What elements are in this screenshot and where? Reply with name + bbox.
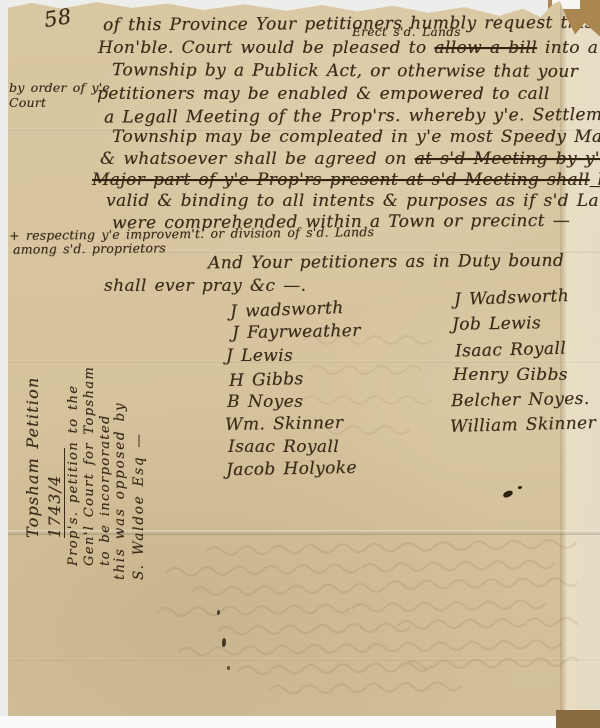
ink-blot [502,490,513,499]
manuscript-page: 58 by order of y'e Court of this Provinc… [8,0,600,718]
struck-text: at s'd Meeting by y'e [415,149,600,169]
signature: Isaac Royall [228,437,339,457]
scan-edge-white-bottom [0,716,600,728]
page-number: 58 [42,4,73,32]
petition-line-5: a Legall Meeting of the Prop'rs. whereby… [104,104,600,127]
petition-line-8: Major part of y'e Prop'rs present at s'd… [92,170,600,190]
petition-text: & whatsoever shall be agreed on [100,149,415,169]
interlinear-insertion: Erect s'd. Lands [352,25,461,39]
signature: Isaac Royall [455,339,567,362]
margin-note-line: Court [9,95,46,110]
signature: Wm. Skinner [225,413,344,435]
margin-note-line: by order of y'e [9,80,110,95]
petition-line-9: valid & binding to all intents & purpose… [106,191,600,211]
docket-title: Topsham Petition 1743/4 [22,377,66,538]
petition-text: Hon'ble. Court would be pleased to [98,38,434,58]
docket-title-line: Topsham Petition [23,377,42,538]
bleedthrough-text [146,536,579,710]
petition-text: into a — [537,38,600,58]
petition-line-2: Hon'ble. Court would be pleased to allow… [98,38,600,58]
docket-opposed-line: this was opposed by [112,402,128,580]
petition-line-7: & whatsoever shall be agreed on at s'd M… [100,149,600,169]
ink-speck [518,486,522,489]
docket-opposed-line: S. Waldoe Esq — [131,432,147,580]
docket-summary-line: Prop's. petition to the [66,385,81,566]
signature: B Noyes [227,392,303,412]
docket-summary-line: Gen'l Court for Topsham [82,366,97,566]
margin-note-by-order: by order of y'e Court [9,80,110,110]
docket-summary: Prop's. petition to the Gen'l Court for … [66,366,114,566]
signature: Job Lewis [452,313,541,335]
docket-date: 1743/4 [45,449,65,539]
signature: J Wadsworth [454,286,570,310]
backing-board-bottom-right [556,710,600,728]
struck-text: allow a bill [434,38,537,58]
petition-line-11: And Your petitioners as in Duty bound [208,251,564,273]
signature: J wadsworth [230,298,344,322]
margin-insertion-line-2: among s'd. proprietors [13,240,166,257]
signature: Jacob Holyoke [226,458,357,480]
signature: Henry Gibbs [453,365,568,385]
petition-line-3: Township by a Publick Act, or otherwise … [112,60,578,82]
struck-text: Major part of y'e Prop'rs present at s'd… [92,170,590,190]
petition-line-12: shall ever pray &c —. [104,276,306,296]
docket-opposed-note: this was opposed by S. Waldoe Esq — [111,402,149,580]
signature: H Gibbs [229,369,304,391]
signature: William Skinner [450,413,597,437]
signature: Belcher Noyes. [451,389,590,411]
signature: J Fayrweather [232,321,361,343]
petition-line-6: Township may be compleated in y'e most S… [112,127,600,147]
manuscript-scan: { "colors": { "paper": "#d7c49e", "ink":… [0,0,600,728]
petition-line-4: petitioners may be enabled & empowered t… [97,84,550,104]
petition-text: be [590,170,600,190]
margin-insertion-line-1: + respecting y'e improvem't. or division… [9,224,374,243]
signature: J Lewis [226,346,293,366]
petition-line-1: of this Province Your petitioners humbly… [103,13,594,36]
